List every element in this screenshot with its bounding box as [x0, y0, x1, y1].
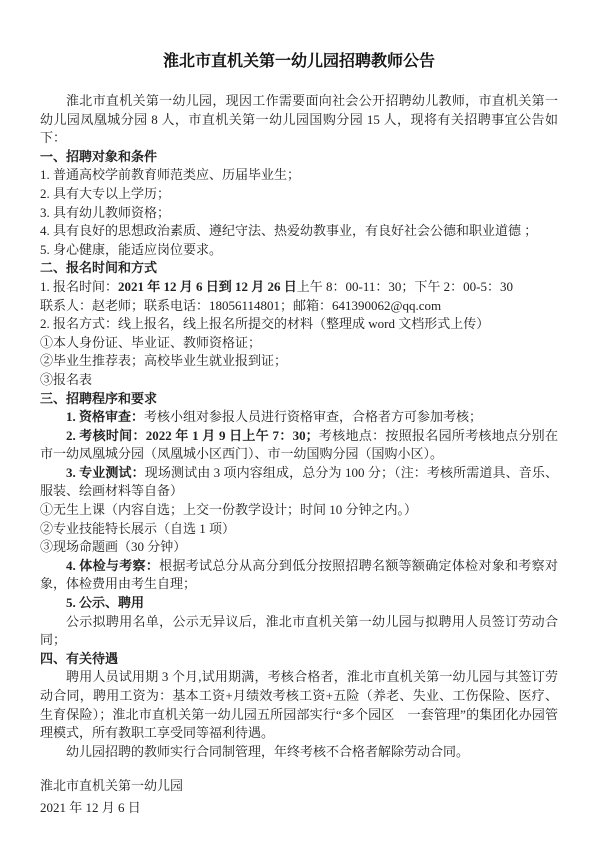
signature-block: 淮北市直机关第一幼儿园 2021 年 12 月 6 日 — [40, 775, 558, 819]
material-item-2: ②毕业生推荐表；高校毕业生就业报到证； — [40, 352, 558, 371]
section1-item-1: 1. 普通高校学前教育师范类应、历届毕业生； — [40, 166, 558, 185]
section2-heading: 二、报名时间和方式 — [40, 259, 558, 278]
step2-label: 2. 考核时间：2022 年 1 月 9 日上午 7：30； — [66, 428, 319, 443]
document-title: 淮北市直机关第一幼儿园招聘教师公告 — [40, 50, 558, 74]
document-page: 淮北市直机关第一幼儿园招聘教师公告 淮北市直机关第一幼儿园，现因工作需要面向社会… — [0, 0, 600, 848]
registration-time-line: 1. 报名时间：2021 年 12 月 6 日到 12 月 26 日上午 8：0… — [40, 278, 558, 297]
test-item-2: ②专业技能特长展示（自选 1 项） — [40, 520, 558, 539]
step-exam-time: 2. 考核时间：2022 年 1 月 9 日上午 7：30；考核地点：按照报名园… — [40, 427, 558, 464]
step-qualification-review: 1. 资格审查：考核小组对参报人员进行资格审查，合格者方可参加考核； — [40, 408, 558, 427]
signature-org: 淮北市直机关第一幼儿园 — [40, 775, 544, 797]
section3-heading: 三、招聘程序和要求 — [40, 390, 558, 409]
section1-item-3: 3. 具有幼儿教师资格； — [40, 204, 558, 223]
registration-date-range: 2021 年 12 月 6 日到 12 月 26 日 — [118, 279, 297, 294]
step4-label: 4. 体检与考察： — [66, 558, 159, 573]
section1-heading: 一、招聘对象和条件 — [40, 148, 558, 167]
salary-paragraph: 聘用人员试用期 3 个月,试用期满，考核合格者，淮北市直机关第一幼儿园与其签订劳… — [40, 668, 558, 742]
step-publicity-hiring: 5. 公示、聘用 — [40, 594, 558, 613]
section4-heading: 四、有关待遇 — [40, 650, 558, 669]
test-item-3: ③现场命题画（30 分钟） — [40, 538, 558, 557]
step3-label: 3. 专业测试： — [66, 465, 145, 480]
material-item-1: ①本人身份证、毕业证、教师资格证； — [40, 334, 558, 353]
step-professional-test: 3. 专业测试：现场测试由 3 项内容组成，总分为 100 分；（注：考核所需道… — [40, 464, 558, 501]
step5-label: 5. 公示、聘用 — [66, 595, 144, 610]
contract-paragraph: 幼儿园招聘的教师实行合同制管理，年终考核不合格者解除劳动合同。 — [40, 743, 558, 762]
registration-time-label: 1. 报名时间： — [40, 279, 118, 294]
section1-item-2: 2. 具有大专以上学历； — [40, 185, 558, 204]
test-item-1: ①无生上课（内容自选；上交一份教学设计；时间 10 分钟之内。） — [40, 501, 558, 520]
contact-line: 联系人：赵老师；联系电话：18056114801；邮箱：641390062@qq… — [40, 297, 558, 316]
registration-method-line: 2. 报名方式：线上报名，线上报名所提交的材料（整理成 word 文档形式上传） — [40, 315, 558, 334]
registration-hours: 上午 8：00-11：30；下午 2：00-5：30 — [297, 279, 513, 294]
step-physical-exam: 4. 体检与考察：根据考试总分从高分到低分按照招聘名额等额确定体检对象和考察对象… — [40, 557, 558, 594]
signature-date: 2021 年 12 月 6 日 — [40, 797, 544, 819]
intro-paragraph: 淮北市直机关第一幼儿园，现因工作需要面向社会公开招聘幼儿教师，市直机关第一幼儿园… — [40, 92, 558, 148]
section1-item-4: 4. 具有良好的思想政治素质、遵纪守法、热爱幼教事业，有良好社会公德和职业道德 … — [40, 222, 558, 241]
publicity-paragraph: 公示拟聘用名单，公示无异议后，淮北市直机关第一幼儿园与拟聘用人员签订劳动合同； — [40, 613, 558, 650]
step1-label: 1. 资格审查： — [66, 409, 144, 424]
material-item-3: ③报名表 — [40, 371, 558, 390]
section1-item-5: 5. 身心健康，能适应岗位要求。 — [40, 241, 558, 260]
step1-text: 考核小组对参报人员进行资格审查，合格者方可参加考核； — [144, 409, 482, 424]
